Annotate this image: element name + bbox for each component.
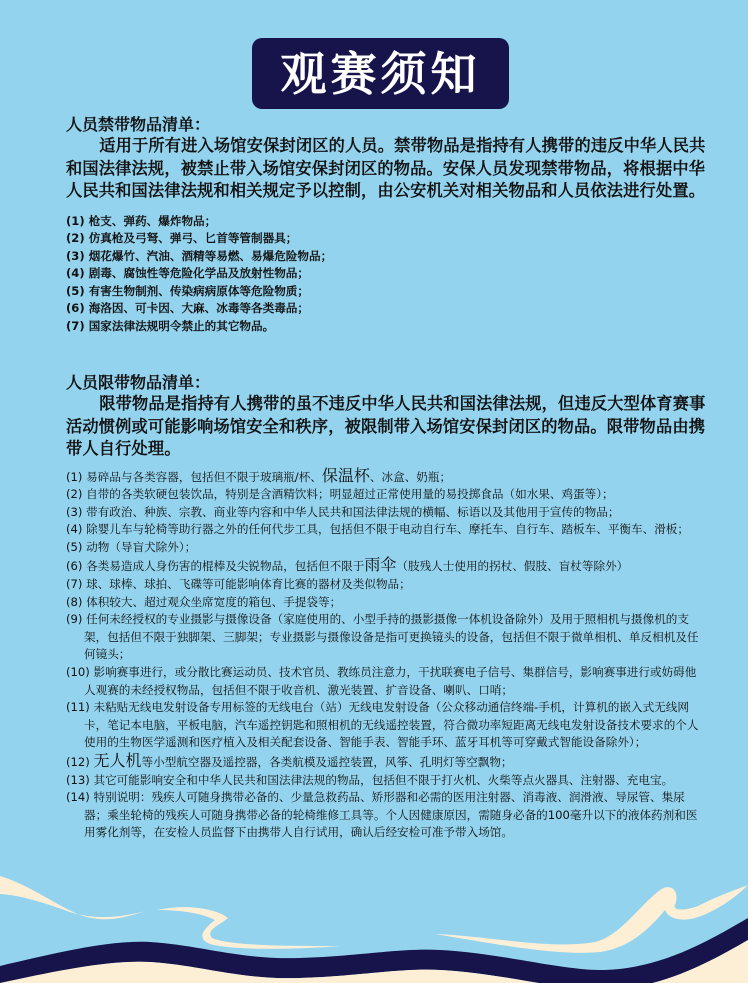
restricted-item: (12) 无人机等小型航空器及遥控器，各类航模及遥控装置，风筝、孔明灯等空飘物；	[66, 752, 706, 772]
restricted-item: (5) 动物（导盲犬除外）；	[66, 539, 706, 557]
forbidden-item: (5) 有害生物制剂、传染病病原体等危险物质；	[66, 283, 706, 301]
forbidden-item: (1) 枪支、弹药、爆炸物品；	[66, 213, 706, 231]
forbidden-item: (6) 海洛因、可卡因、大麻、冰毒等各类毒品；	[66, 300, 706, 318]
cream-swoosh-right	[435, 885, 748, 953]
forbidden-item: (3) 烟花爆竹、汽油、酒精等易燃、易爆危险物品；	[66, 248, 706, 266]
restricted-item: (1) 易碎品与各类容器，包括但不限于玻璃瓶/杯、保温杯、冰盒、奶瓶；	[66, 467, 706, 487]
restricted-item: (8) 体积较大、超过观众坐席宽度的箱包、手提袋等；	[66, 594, 706, 612]
restricted-items-section: 人员限带物品清单： 限带物品是指持有人携带的虽不违反中华人民共和国法律法规，但违…	[66, 372, 706, 842]
restricted-item: (7) 球、球棒、球拍、飞碟等可能影响体育比赛的器材及类似物品；	[66, 576, 706, 594]
title-banner: 观赛须知	[252, 38, 509, 109]
forbidden-items-section: 人员禁带物品清单： 适用于所有进入场馆安保封闭区的人员。禁带物品是指持有人携带的…	[66, 114, 706, 336]
restricted-item: (3) 带有政治、种族、宗教、商业等内容和中华人民共和国法律法规的横幅、标语以及…	[66, 504, 706, 522]
forbidden-intro: 适用于所有进入场馆安保封闭区的人员。禁带物品是指持有人携带的违反中华人民共和国法…	[66, 135, 706, 203]
forbidden-item: (7) 国家法律法规明令禁止的其它物品。	[66, 318, 706, 336]
restricted-item: (13) 其它可能影响安全和中华人民共和国法律法规的物品，包括但不限于打火机、火…	[66, 772, 706, 790]
decorative-waves	[0, 870, 748, 983]
cream-swoosh-left	[0, 876, 150, 919]
restricted-heading: 人员限带物品清单：	[66, 372, 706, 393]
forbidden-list: (1) 枪支、弹药、爆炸物品； (2) 仿真枪及弓弩、弹弓、匕首等管制器具； (…	[66, 213, 706, 336]
restricted-item: (10) 影响赛事进行，或分散比赛运动员、技术官员、教练员注意力，干扰联赛电子信…	[66, 664, 706, 699]
restricted-item: (6) 各类易造成人身伤害的棍棒及尖锐物品，包括但不限于雨伞（肢残人士使用的拐杖…	[66, 556, 706, 576]
restricted-item: (14) 特别说明：残疾人可随身携带必备的、少量急救药品、矫形器和必需的医用注射…	[66, 789, 706, 842]
cream-swoosh-middle	[157, 907, 340, 949]
forbidden-item: (4) 剧毒、腐蚀性等危险化学品及放射性物品；	[66, 265, 706, 283]
restricted-intro: 限带物品是指持有人携带的虽不违反中华人民共和国法律法规，但违反大型体育赛事活动惯…	[66, 393, 706, 461]
page-title: 观赛须知	[281, 51, 481, 97]
forbidden-item: (2) 仿真枪及弓弩、弹弓、匕首等管制器具；	[66, 230, 706, 248]
restricted-item: (11) 未粘贴无线电发射设备专用标签的无线电台（站）无线电发射设备（公众移动通…	[66, 699, 706, 752]
restricted-item: (2) 自带的各类软硬包装饮品，特别是含酒精饮料；明显超过正常使用量的易投掷食品…	[66, 486, 706, 504]
restricted-item: (4) 除婴儿车与轮椅等助行器之外的任何代步工具，包括但不限于电动自行车、摩托车…	[66, 521, 706, 539]
restricted-list: (1) 易碎品与各类容器，包括但不限于玻璃瓶/杯、保温杯、冰盒、奶瓶； (2) …	[66, 467, 706, 842]
restricted-item: (9) 任何未经授权的专业摄影与摄像设备（家庭使用的、小型手持的摄影摄像一体机设…	[66, 611, 706, 664]
forbidden-heading: 人员禁带物品清单：	[66, 114, 706, 135]
